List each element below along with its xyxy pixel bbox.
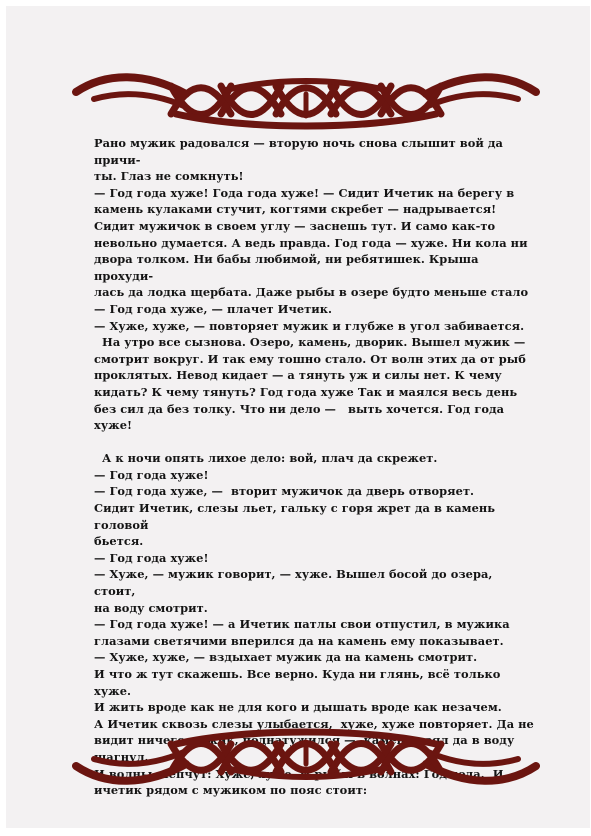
text-line: проклятых. Невод кидает — а тянуть уж и … bbox=[94, 367, 534, 384]
text-line: на воду смотрит. bbox=[94, 600, 534, 617]
text-line: бьется. bbox=[94, 533, 534, 550]
text-line: двора толком. Ни бабы любимой, ни ребяти… bbox=[94, 251, 534, 284]
text-line: глазами светячими вперился да на камень … bbox=[94, 633, 534, 650]
text-line: лась да лодка щербата. Даже рыбы в озере… bbox=[94, 284, 534, 301]
text-line: — Год года хуже! — а Ичетик патлы свои о… bbox=[94, 616, 534, 633]
text-line: Сидит Ичетик, слезы льет, гальку с горя … bbox=[94, 500, 534, 533]
text-line: — Год года хуже! bbox=[94, 467, 534, 484]
text-line: камень кулаками стучит, когтями скребет … bbox=[94, 201, 534, 218]
text-line: Рано мужик радовался — вторую ночь снова… bbox=[94, 135, 534, 168]
text-line: — Год года хуже! bbox=[94, 550, 534, 567]
text-line: кидать? К чему тянуть? Год года хуже Так… bbox=[94, 384, 534, 401]
document-page: Рано мужик радовался — вторую ночь снова… bbox=[6, 6, 590, 828]
blank-line bbox=[94, 434, 534, 451]
text-line: невольно думается. А ведь правда. Год го… bbox=[94, 235, 534, 252]
text-line: хуже! bbox=[94, 417, 534, 434]
text-line: смотрит вокруг. И так ему тошно стало. О… bbox=[94, 351, 534, 368]
text-line: — Хуже, хуже, — вздыхает мужик да на кам… bbox=[94, 649, 534, 666]
text-line: И жить вроде как не для кого и дышать вр… bbox=[94, 699, 534, 716]
text-line: — Год года хуже! Года года хуже! — Сидит… bbox=[94, 185, 534, 202]
text-line: ты. Глаз не сомкнуть! bbox=[94, 168, 534, 185]
text-line: И что ж тут скажешь. Все верно. Куда ни … bbox=[94, 666, 534, 699]
text-line: — Год года хуже, — плачет Ичетик. bbox=[94, 301, 534, 318]
text-line: На утро все сызнова. Озеро, камень, двор… bbox=[94, 334, 534, 351]
celtic-knot-ornament-bottom-icon bbox=[66, 724, 546, 794]
story-text: Рано мужик радовался — вторую ночь снова… bbox=[94, 135, 534, 799]
text-line: А к ночи опять лихое дело: вой, плач да … bbox=[94, 450, 534, 467]
celtic-knot-ornament-top-icon bbox=[66, 64, 546, 134]
text-line: — Хуже, — мужик говорит, — хуже. Вышел б… bbox=[94, 566, 534, 599]
text-line: — Год года хуже, — вторит мужичок да две… bbox=[94, 483, 534, 500]
text-line: без сил да без толку. Что ни дело — выть… bbox=[94, 401, 534, 418]
text-line: — Хуже, хуже, — повторяет мужик и глубже… bbox=[94, 318, 534, 335]
text-line: Сидит мужичок в своем углу — заснешь тут… bbox=[94, 218, 534, 235]
